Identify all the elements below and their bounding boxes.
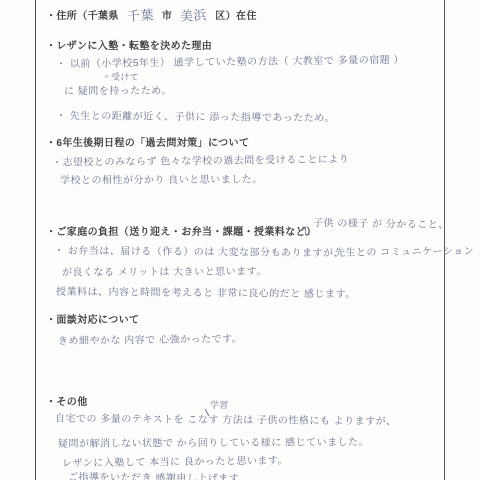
address-label-prefix: ・住所（千葉県 bbox=[46, 11, 119, 22]
scanned-questionnaire-page: ・住所（千葉県千葉市美浜区）在住 ・レザンに入塾・転塾を決めた理由 ・ 以前（小… bbox=[0, 0, 480, 480]
handwritten-sonota-line1: 自宅での 多量のテキストを こなす 方法は 子供の性格にも よりますが、 bbox=[55, 413, 397, 429]
handwritten-futan-line2: が良くなる メリットは 大きいと思います。 bbox=[62, 265, 267, 279]
handwritten-sonota-insertion: 学習 bbox=[210, 399, 229, 412]
address-line: ・住所（千葉県千葉市美浜区）在住 bbox=[46, 8, 257, 23]
handwritten-ward: 美浜 bbox=[180, 8, 208, 22]
section-heading-mendan: ・面談対応について bbox=[46, 314, 139, 327]
section-heading-sonota: ・その他 bbox=[46, 396, 88, 409]
page-right-border-line bbox=[444, 0, 445, 480]
handwritten-reason-line2: に 疑問を持ったため。 bbox=[64, 85, 172, 99]
handwritten-sonota-line2: 疑問が解消しない状態で から回りしている様に 感じていました。 bbox=[58, 436, 369, 451]
handwritten-reason-insertion: ＾受けて bbox=[102, 71, 139, 84]
address-label-suffix: 区）在住 bbox=[215, 11, 257, 22]
handwritten-reason-line1: ・ 以前（小学校5年生） 通学していた塾の方法（ 大教室で 多量の宿題 ） bbox=[56, 54, 404, 71]
handwritten-futan-margin-note: 子供 の様子 が 分かること、 bbox=[313, 217, 449, 232]
section-heading-reason: ・レザンに入塾・転塾を決めた理由 bbox=[46, 40, 212, 53]
handwritten-kakomon-line2: 学校との相性が分かり 良いと思いました。 bbox=[60, 173, 263, 187]
address-label-city-unit: 市 bbox=[162, 11, 172, 22]
connector-mark: └ bbox=[301, 228, 310, 241]
handwritten-futan-line3: 授業料は、内容と時間を考えると 非常に良心的だと 感じます。 bbox=[56, 286, 356, 302]
handwritten-kakomon-line1: ・志望校とのみならず 色々な学校の過去問を受けることにより bbox=[52, 153, 349, 170]
handwritten-city: 千葉 bbox=[126, 8, 154, 22]
handwritten-futan-line1: ・ お弁当は、届ける（作る）のは 大変な部分もありますが、 bbox=[54, 245, 344, 261]
section-heading-kakomon: ・6年生後期日程の「過去問対策」について bbox=[46, 137, 249, 150]
page-left-border-line bbox=[35, 0, 36, 480]
handwritten-sonota-line3: レザンに入塾して 本当に 良かったと思います。 bbox=[62, 455, 288, 471]
section-heading-futan: ・ご家庭の負担（送り迎え・お弁当・課題・授業料など） bbox=[46, 226, 316, 239]
handwritten-sonota-line4: ご指導をいただき 感謝申し上げます bbox=[68, 471, 239, 480]
handwritten-mendan-line1: きめ細やかな 内容で 心強かったです。 bbox=[58, 333, 242, 348]
handwritten-futan-note2: 先生との コミュニケーション bbox=[335, 245, 474, 260]
handwritten-reason-line3: ・ 先生との距離が近く、子供に 添った指導であったため。 bbox=[56, 110, 335, 125]
